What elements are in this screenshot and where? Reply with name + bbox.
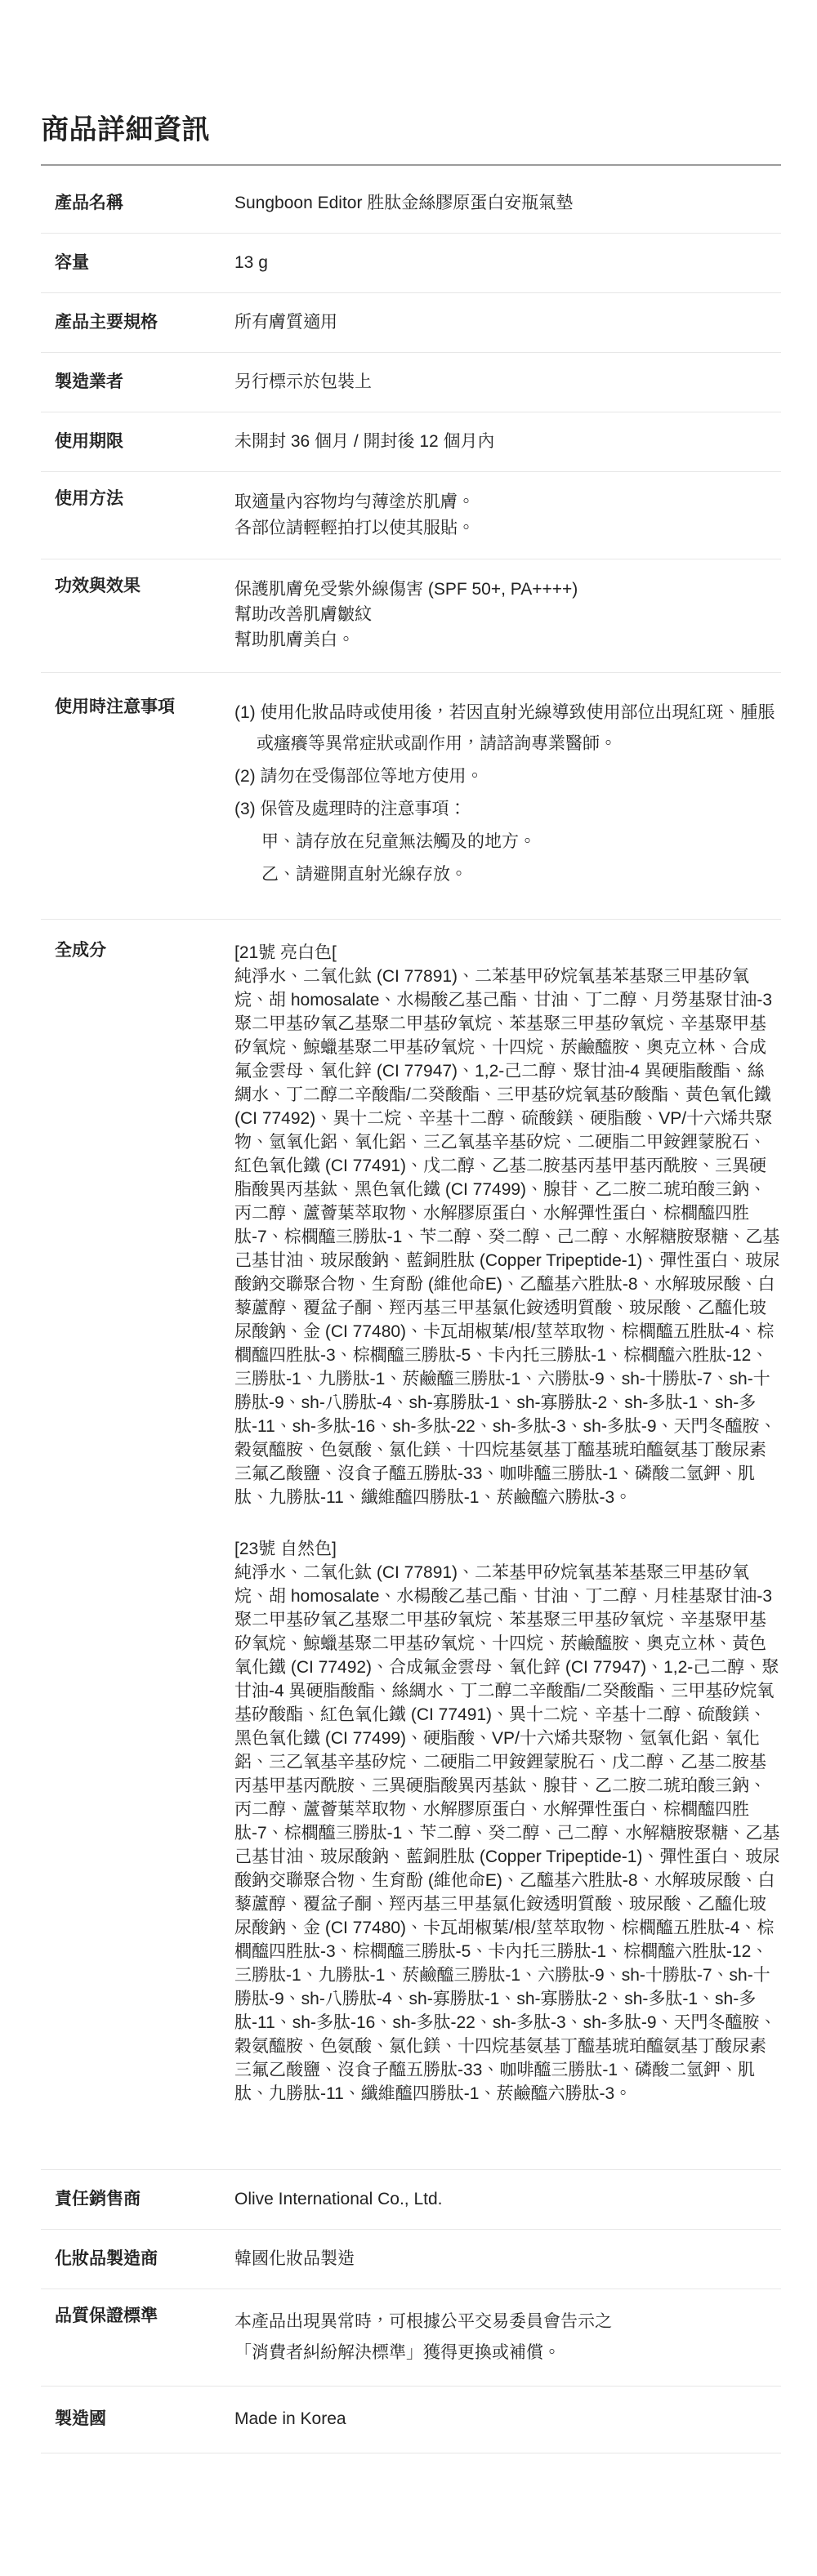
row-label: 全成分 [41, 920, 234, 980]
row-label: 使用方法 [41, 472, 234, 528]
product-info-table: 產品名稱 Sungboon Editor 胜肽金絲膠原蛋白安瓶氣墊 容量 13 … [41, 174, 781, 2453]
ingredients-group-23: [23號 自然色] 純淨水、二氧化鈦 (CI 77891)、二苯基甲矽烷氧基苯基… [234, 1537, 781, 2106]
product-detail-section: 商品詳細資訊 產品名稱 Sungboon Editor 胜肽金絲膠原蛋白安瓶氣墊… [0, 0, 817, 2576]
value-line: 本產品出現異常時，可根據公平交易委員會告示之 [234, 2306, 781, 2338]
caution-item: (1) 使用化妝品時或使用後，若因直射光線導致使用部位出現紅斑、腫脹或瘙癢等異常… [234, 697, 781, 760]
ingredients-header: [21號 亮白色[ [234, 941, 781, 965]
caution-item: (2) 請勿在受傷部位等地方使用。 [234, 761, 781, 792]
row-value: 保護肌膚免受紫外線傷害 (SPF 50+, PA++++) 幫助改善肌膚皺紋 幫… [234, 559, 781, 672]
row-value: Made in Korea [234, 2387, 781, 2453]
row-label: 產品名稱 [41, 174, 234, 233]
value-line: 幫助肌膚美白。 [234, 627, 781, 653]
row-value: 未開封 36 個月 / 開封後 12 個月內 [234, 412, 781, 471]
table-row-cautions: 使用時注意事項 (1) 使用化妝品時或使用後，若因直射光線導致使用部位出現紅斑、… [41, 673, 781, 920]
table-row-effects: 功效與效果 保護肌膚免受紫外線傷害 (SPF 50+, PA++++) 幫助改善… [41, 559, 781, 673]
table-row-capacity: 容量 13 g [41, 234, 781, 293]
row-value: 13 g [234, 234, 781, 292]
title-divider [41, 164, 781, 166]
value-line: 「消費者糾紛解決標準」獲得更換或補償。 [234, 2338, 781, 2369]
table-row-product-name: 產品名稱 Sungboon Editor 胜肽金絲膠原蛋白安瓶氣墊 [41, 174, 781, 234]
ingredients-group-21: [21號 亮白色[ 純淨水、二氧化鈦 (CI 77891)、二苯基甲矽烷氧基苯基… [234, 941, 781, 1509]
row-label: 製造國 [41, 2387, 234, 2453]
ingredients-header: [23號 自然色] [234, 1537, 781, 1561]
row-value: 本產品出現異常時，可根據公平交易委員會告示之 「消費者糾紛解決標準」獲得更換或補… [234, 2289, 781, 2386]
row-value: (1) 使用化妝品時或使用後，若因直射光線導致使用部位出現紅斑、腫脹或瘙癢等異常… [234, 673, 781, 919]
value-line: 幫助改善肌膚皺紋 [234, 602, 781, 627]
caution-item: (3) 保管及處理時的注意事項： [234, 794, 781, 825]
table-row-country-of-origin: 製造國 Made in Korea [41, 2387, 781, 2453]
row-value: 所有膚質適用 [234, 293, 781, 352]
row-label: 責任銷售商 [41, 2170, 234, 2229]
row-value: Olive International Co., Ltd. [234, 2170, 781, 2229]
table-row-usage: 使用方法 取適量內容物均勻薄塗於肌膚。 各部位請輕輕拍打以使其服貼。 [41, 472, 781, 559]
row-label: 產品主要規格 [41, 293, 234, 352]
table-row-main-spec: 產品主要規格 所有膚質適用 [41, 293, 781, 353]
value-line: 各部位請輕輕拍打以使其服貼。 [234, 515, 781, 541]
ingredients-body: 純淨水、二氧化鈦 (CI 77891)、二苯基甲矽烷氧基苯基聚三甲基矽氧烷、胡 … [234, 1561, 781, 2106]
table-row-cosmetics-maker: 化妝品製造商 韓國化妝品製造 [41, 2230, 781, 2289]
table-row-ingredients: 全成分 [21號 亮白色[ 純淨水、二氧化鈦 (CI 77891)、二苯基甲矽烷… [41, 920, 781, 2170]
table-row-quality-guarantee: 品質保證標準 本產品出現異常時，可根據公平交易委員會告示之 「消費者糾紛解決標準… [41, 2289, 781, 2387]
caution-sub-item: 甲、請存放在兒童無法觸及的地方。 [261, 827, 781, 858]
value-line: 保護肌膚免受紫外線傷害 (SPF 50+, PA++++) [234, 577, 781, 602]
row-value: 韓國化妝品製造 [234, 2230, 781, 2289]
row-label: 品質保證標準 [41, 2289, 234, 2346]
row-label: 製造業者 [41, 353, 234, 412]
caution-sub-item: 乙、請避開直射光線存放。 [261, 859, 781, 890]
table-row-manufacturer: 製造業者 另行標示於包裝上 [41, 353, 781, 412]
row-label: 功效與效果 [41, 559, 234, 616]
row-label: 容量 [41, 234, 234, 292]
page-title: 商品詳細資訊 [41, 114, 781, 147]
row-value: Sungboon Editor 胜肽金絲膠原蛋白安瓶氣墊 [234, 174, 781, 233]
row-value: 另行標示於包裝上 [234, 353, 781, 412]
row-label: 化妝品製造商 [41, 2230, 234, 2289]
row-label: 使用時注意事項 [41, 673, 234, 737]
row-label: 使用期限 [41, 412, 234, 471]
ingredients-body: 純淨水、二氧化鈦 (CI 77891)、二苯基甲矽烷氧基苯基聚三甲基矽氧烷、胡 … [234, 965, 781, 1509]
value-line: 取適量內容物均勻薄塗於肌膚。 [234, 489, 781, 515]
row-value: [21號 亮白色[ 純淨水、二氧化鈦 (CI 77891)、二苯基甲矽烷氧基苯基… [234, 920, 781, 2169]
row-value: 取適量內容物均勻薄塗於肌膚。 各部位請輕輕拍打以使其服貼。 [234, 472, 781, 559]
table-row-expiry: 使用期限 未開封 36 個月 / 開封後 12 個月內 [41, 412, 781, 472]
table-row-seller: 責任銷售商 Olive International Co., Ltd. [41, 2170, 781, 2230]
